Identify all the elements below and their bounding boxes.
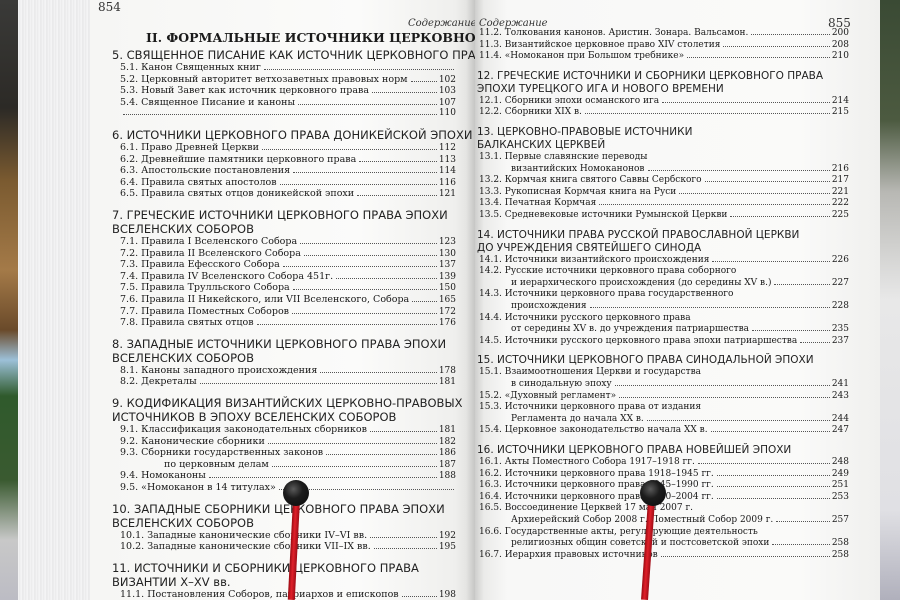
toc-entry[interactable]: 11.2. Толкования канонов. Аристин. Зонар… xyxy=(479,28,849,38)
toc-page-number: 258 xyxy=(832,550,849,560)
toc-entry-title: 6.2. Древнейшие памятники церковного пра… xyxy=(120,154,356,165)
toc-entry[interactable]: 10.1. Западные канонические сборники IV–… xyxy=(120,530,456,541)
toc-entry[interactable]: от середины XV в. до учреждения патриарш… xyxy=(511,324,849,334)
toc-entry-title: 10.2. Западные канонические сборники VII… xyxy=(120,541,371,552)
toc-entry[interactable]: 11.3. Византийское церковное право XIV с… xyxy=(479,40,849,50)
toc-entry[interactable]: 7.6. Правила II Никейского, или VII Всел… xyxy=(120,294,456,305)
toc-page-number: 221 xyxy=(832,187,849,197)
toc-page-number: 112 xyxy=(439,143,456,153)
dot-leader xyxy=(320,372,436,373)
toc-page-number: 247 xyxy=(832,425,849,435)
dot-leader xyxy=(257,324,437,325)
dot-leader xyxy=(268,443,437,444)
toc-page-number: 113 xyxy=(439,155,456,165)
toc-entry[interactable]: 13.2. Кормчая книга святого Саввы Сербск… xyxy=(479,175,849,185)
toc-entry-title: 14.4. Источники русского церковного прав… xyxy=(479,313,691,323)
toc-page-number: 217 xyxy=(832,175,849,185)
toc-entry-title: от середины XV в. до учреждения патриарш… xyxy=(511,324,749,334)
dot-leader xyxy=(370,431,437,432)
dot-leader xyxy=(359,161,437,162)
dot-leader xyxy=(200,383,437,384)
toc-entry-title: 16.1. Акты Поместного Собора 1917–1918 г… xyxy=(479,457,695,467)
toc-page-number: 123 xyxy=(439,237,456,247)
toc-entry-title: 7.6. Правила II Никейского, или VII Всел… xyxy=(120,294,409,305)
toc-entry-title: 9.4. Номоканоны xyxy=(120,470,206,481)
toc-entry-title: и иерархического происхождения (до серед… xyxy=(511,278,771,288)
toc-entry-title: 8.2. Декреталы xyxy=(120,376,197,387)
toc-page-number: 244 xyxy=(832,414,849,424)
right-page: Содержание 855 11.2. Толкования канонов.… xyxy=(475,0,880,600)
toc-entry[interactable]: 15.4. Церковное законодательство начала … xyxy=(479,425,849,435)
toc-entry[interactable]: 7.8. Правила святых отцов176 xyxy=(120,317,456,328)
toc-page-number: 228 xyxy=(832,301,849,311)
toc-entry[interactable]: 10.2. Западные канонические сборники VII… xyxy=(120,541,456,552)
toc-page-number: 214 xyxy=(832,96,849,106)
dot-leader xyxy=(751,34,829,35)
dot-leader xyxy=(772,544,829,545)
toc-entry-title: 14.5. Источники русского церковного прав… xyxy=(479,336,797,346)
toc-entry[interactable]: 13.5. Средневековые источники Румынской … xyxy=(479,210,849,220)
toc-entry-title: 6.4. Правила святых апостолов xyxy=(120,177,277,188)
dot-leader xyxy=(648,170,830,171)
dot-leader xyxy=(292,313,437,314)
toc-entry-title: 9.2. Канонические сборники xyxy=(120,436,265,447)
toc-page-number: 237 xyxy=(832,336,849,346)
toc-page-number: 107 xyxy=(439,98,456,108)
toc-entry-title: 6.1. Право Древней Церкви xyxy=(120,142,259,153)
toc-entry-title: 12.1. Сборники эпохи османского ига xyxy=(479,96,659,106)
dot-leader xyxy=(357,195,437,196)
toc-page-number: 208 xyxy=(832,40,849,50)
toc-page-number: 243 xyxy=(832,391,849,401)
section-heading: 13. ЦЕРКОВНО-ПРАВОВЫЕ ИСТОЧНИКИ xyxy=(477,126,692,138)
dot-leader xyxy=(698,463,830,464)
toc-page-number: 182 xyxy=(439,437,456,447)
toc-entry-title: в синодальную эпоху xyxy=(511,379,612,389)
toc-page-number: 195 xyxy=(439,542,456,552)
toc-entry[interactable]: 9.1. Классификация законодательных сборн… xyxy=(120,424,456,435)
section-heading: ВИЗАНТИИ X–XV вв. xyxy=(112,575,231,589)
dot-leader xyxy=(711,431,830,432)
toc-entry[interactable]: 6.2. Древнейшие памятники церковного пра… xyxy=(120,154,456,165)
toc-entry[interactable]: 14.3. Источники церковного права государ… xyxy=(479,289,849,299)
toc-page-number: 192 xyxy=(439,531,456,541)
toc-entry[interactable]: 16.5. Воссоединение Церквей 17 мая 2007 … xyxy=(479,503,849,513)
toc-entry[interactable]: 16.2. Источники церковного права 1918–19… xyxy=(479,469,849,479)
dot-leader xyxy=(209,477,437,478)
toc-entry[interactable]: 9.4. Номоканоны188 xyxy=(120,470,456,481)
toc-page-number: 257 xyxy=(832,515,849,525)
toc-page-number: 181 xyxy=(439,425,456,435)
dot-leader xyxy=(776,521,830,522)
toc-entry-title: 7.4. Правила IV Вселенского Собора 451г. xyxy=(120,271,333,282)
toc-entry-title: 16.3. Источники церковного права 1945–19… xyxy=(479,480,714,490)
toc-entry[interactable]: 12.2. Сборники XIX в.215 xyxy=(479,107,849,117)
dot-leader xyxy=(705,181,830,182)
page-number: 854 xyxy=(98,0,121,14)
toc-page-number: 139 xyxy=(439,272,456,282)
toc-entry[interactable]: 13.1. Первые славянские переводы xyxy=(479,152,849,162)
left-page: 854 Содержание II. ФОРМАЛЬНЫЕ ИСТОЧНИКИ … xyxy=(90,0,475,600)
toc-entry[interactable]: 7.3. Правила Ефесского Собора137 xyxy=(120,259,456,270)
toc-entry-title: 14.2. Русские источники церковного права… xyxy=(479,266,736,276)
toc-entry[interactable]: 7.4. Правила IV Вселенского Собора 451г.… xyxy=(120,271,456,282)
toc-page-number: 130 xyxy=(439,249,456,259)
toc-entry-title: 16.7. Иерархия правовых источников xyxy=(479,550,658,560)
dot-leader xyxy=(662,102,830,103)
toc-entry[interactable]: по церковным делам187 xyxy=(164,459,456,470)
toc-entry-title: 8.1. Каноны западного происхождения xyxy=(120,365,317,376)
toc-entry[interactable]: и иерархического происхождения (до серед… xyxy=(511,278,849,288)
toc-entry-title: 9.1. Классификация законодательных сборн… xyxy=(120,424,367,435)
dot-leader xyxy=(717,486,830,487)
background-photo-right xyxy=(880,0,900,600)
toc-entry-title: 6.5. Правила святых отцов доникейской эп… xyxy=(120,188,354,199)
toc-page-number: 248 xyxy=(832,457,849,467)
section-heading: ИСТОЧНИКОВ В ЭПОХУ ВСЕЛЕНСКИХ СОБОРОВ xyxy=(112,410,396,424)
toc-page-number: 172 xyxy=(439,307,456,317)
toc-entry[interactable]: 6.4. Правила святых апостолов116 xyxy=(120,177,456,188)
toc-page-number: 165 xyxy=(439,295,456,305)
dot-leader xyxy=(304,255,437,256)
toc-page-number: 200 xyxy=(832,28,849,38)
section-heading: 15. ИСТОЧНИКИ ЦЕРКОВНОГО ПРАВА СИНОДАЛЬН… xyxy=(477,354,814,366)
toc-entry-title: 7.1. Правила I Вселенского Собора xyxy=(120,236,297,247)
toc-entry-title: 5.3. Новый Завет как источник церковного… xyxy=(120,85,369,96)
section-heading: ВСЕЛЕНСКИХ СОБОРОВ xyxy=(112,222,254,236)
toc-page-number: 225 xyxy=(832,210,849,220)
toc-entry-title: 6.3. Апостольские постановления xyxy=(120,165,290,176)
dot-leader xyxy=(412,301,437,302)
toc-entry-title: 12.2. Сборники XIX в. xyxy=(479,107,582,117)
toc-entry-title: 9.3. Сборники государственных законов xyxy=(120,447,323,458)
toc-page-number: 226 xyxy=(832,255,849,265)
toc-entry[interactable]: 110 xyxy=(120,108,456,118)
toc-entry[interactable]: 5.4. Священное Писание и каноны107 xyxy=(120,97,456,108)
toc-entry-title: 7.2. Правила II Вселенского Собора xyxy=(120,248,301,259)
toc-entry-title: 13.3. Рукописная Кормчая книга на Руси xyxy=(479,187,676,197)
toc-page-number: 253 xyxy=(832,492,849,502)
dot-leader xyxy=(717,475,830,476)
toc-entry[interactable]: 5.3. Новый Завет как источник церковного… xyxy=(120,85,456,96)
toc-page-number: 258 xyxy=(832,538,849,548)
section-heading: 12. ГРЕЧЕСКИЕ ИСТОЧНИКИ И СБОРНИКИ ЦЕРКО… xyxy=(477,70,823,82)
dot-leader xyxy=(619,397,830,398)
dot-leader xyxy=(661,556,830,557)
toc-entry-title: 7.7. Правила Поместных Соборов xyxy=(120,306,289,317)
book-page-edges xyxy=(18,0,90,600)
toc-entry-title: Архиерейский Собор 2008 г. Поместный Соб… xyxy=(511,515,773,525)
toc-page-number: 241 xyxy=(832,379,849,389)
dot-leader xyxy=(300,243,437,244)
toc-page-number: 178 xyxy=(439,366,456,376)
toc-entry-title: 5.1. Канон Священных книг xyxy=(120,62,261,73)
toc-page-number: 251 xyxy=(832,480,849,490)
toc-entry[interactable]: 9.3. Сборники государственных законов186 xyxy=(120,447,456,458)
toc-entry-title: 10.1. Западные канонические сборники IV–… xyxy=(120,530,367,541)
dot-leader xyxy=(679,193,830,194)
section-heading: 8. ЗАПАДНЫЕ ИСТОЧНИКИ ЦЕРКОВНОГО ПРАВА Э… xyxy=(112,337,446,351)
section-heading: ВСЕЛЕНСКИХ СОБОРОВ xyxy=(112,516,254,530)
pointer-knob-right xyxy=(640,480,666,506)
toc-entry[interactable]: 9.2. Канонические сборники182 xyxy=(120,436,456,447)
toc-entry-title: 11.4. «Номоканон при Большом требнике» xyxy=(479,51,684,61)
dot-leader xyxy=(615,385,830,386)
dot-leader xyxy=(590,307,830,308)
dot-leader xyxy=(326,454,437,455)
toc-page-number: 210 xyxy=(832,51,849,61)
dot-leader xyxy=(411,81,437,82)
toc-entry-title: 16.6. Государственные акты, регулирующие… xyxy=(479,527,758,537)
dot-leader xyxy=(293,172,437,173)
toc-entry[interactable]: 5.2. Церковный авторитет ветхозаветных п… xyxy=(120,74,456,85)
toc-entry[interactable]: 15.2. «Духовный регламент»243 xyxy=(479,391,849,401)
dot-leader xyxy=(717,498,830,499)
toc-entry[interactable]: 7.2. Правила II Вселенского Собора130 xyxy=(120,248,456,259)
toc-entry[interactable]: 14.1. Источники византийского происхожде… xyxy=(479,255,849,265)
toc-page-number: 114 xyxy=(439,166,456,176)
toc-entry-title: 7.5. Правила Трулльского Собора xyxy=(120,282,290,293)
toc-entry-title: по церковным делам xyxy=(164,459,269,470)
toc-page-number: 215 xyxy=(832,107,849,117)
toc-entry[interactable]: происхождения228 xyxy=(511,301,849,311)
toc-entry[interactable]: Архиерейский Собор 2008 г. Поместный Соб… xyxy=(511,515,849,525)
toc-entry-title: 13.1. Первые славянские переводы xyxy=(479,152,647,162)
toc-entry-title: 13.4. Печатная Кормчая xyxy=(479,198,596,208)
toc-entry-title: 14.3. Источники церковного права государ… xyxy=(479,289,733,299)
section-heading: ДО УЧРЕЖДЕНИЯ СВЯТЕЙШЕГО СИНОДА xyxy=(477,242,701,254)
toc-page-number: 110 xyxy=(439,108,456,118)
toc-page-number: 222 xyxy=(832,198,849,208)
dot-leader xyxy=(402,596,437,597)
toc-page-number: 227 xyxy=(832,278,849,288)
toc-entry-title: 7.8. Правила святых отцов xyxy=(120,317,254,328)
toc-entry-title: происхождения xyxy=(511,301,587,311)
dot-leader xyxy=(262,149,437,150)
dot-leader xyxy=(283,266,437,267)
pointer-knob-left xyxy=(283,480,309,506)
toc-page-number: 187 xyxy=(439,460,456,470)
toc-entry-title: 9.5. «Номоканон в 14 титулах» xyxy=(120,482,276,493)
toc-entry[interactable]: 12.1. Сборники эпохи османского ига214 xyxy=(479,96,849,106)
toc-entry-title: Регламента до начала XX в. xyxy=(511,414,644,424)
toc-entry[interactable]: 16.6. Государственные акты, регулирующие… xyxy=(479,527,849,537)
toc-page-number: 216 xyxy=(832,164,849,174)
dot-leader xyxy=(374,548,437,549)
dot-leader xyxy=(585,113,830,114)
toc-entry-title: 11.3. Византийское церковное право XIV с… xyxy=(479,40,720,50)
dot-leader xyxy=(599,204,830,205)
toc-entry[interactable]: 14.5. Источники русского церковного прав… xyxy=(479,336,849,346)
toc-entry[interactable]: 6.1. Право Древней Церкви112 xyxy=(120,142,456,153)
toc-entry-title: 16.4. Источники церковного права 1990–20… xyxy=(479,492,714,502)
section-heading: 9. КОДИФИКАЦИЯ ВИЗАНТИЙСКИХ ЦЕРКОВНО-ПРА… xyxy=(112,396,462,410)
toc-page-number: 181 xyxy=(439,377,456,387)
dot-leader xyxy=(800,342,830,343)
toc-entry[interactable]: византийских Номоканонов216 xyxy=(511,164,849,174)
toc-page-number: 102 xyxy=(439,75,456,85)
dot-leader xyxy=(712,261,829,262)
toc-entry[interactable]: 7.5. Правила Трулльского Собора150 xyxy=(120,282,456,293)
toc-entry[interactable]: Регламента до начала XX в.244 xyxy=(511,414,849,424)
dot-leader xyxy=(123,114,437,115)
toc-page-number: 116 xyxy=(439,178,456,188)
toc-page-number: 121 xyxy=(439,189,456,199)
toc-entry[interactable]: 16.7. Иерархия правовых источников258 xyxy=(479,550,849,560)
toc-page-number: 188 xyxy=(439,471,456,481)
toc-entry-title: 11.2. Толкования канонов. Аристин. Зонар… xyxy=(479,28,748,38)
toc-page-number: 176 xyxy=(439,318,456,328)
section-heading: 10. ЗАПАДНЫЕ СБОРНИКИ ЦЕРКОВНОГО ПРАВА Э… xyxy=(112,502,445,516)
dot-leader xyxy=(336,278,437,279)
toc-page-number: 137 xyxy=(439,260,456,270)
section-heading: БАЛКАНСКИХ ЦЕРКВЕЙ xyxy=(477,139,605,151)
dot-leader xyxy=(752,330,830,331)
toc-page-number: 103 xyxy=(439,86,456,96)
section-heading: ВСЕЛЕНСКИХ СОБОРОВ xyxy=(112,351,254,365)
section-heading: ЭПОХИ ТУРЕЦКОГО ИГА И НОВОГО ВРЕМЕНИ xyxy=(477,83,724,95)
toc-entry-title: 15.4. Церковное законодательство начала … xyxy=(479,425,708,435)
toc-entry[interactable]: 14.2. Русские источники церковного права… xyxy=(479,266,849,276)
toc-entry-title: 15.1. Взаимоотношения Церкви и государст… xyxy=(479,367,701,377)
toc-page-number: 150 xyxy=(439,283,456,293)
toc-entry[interactable]: 13.3. Рукописная Кормчая книга на Руси22… xyxy=(479,187,849,197)
toc-entry[interactable]: 6.5. Правила святых отцов доникейской эп… xyxy=(120,188,456,199)
toc-entry[interactable]: 13.4. Печатная Кормчая222 xyxy=(479,198,849,208)
book-gutter xyxy=(466,0,484,600)
toc-page-number: 198 xyxy=(439,590,456,600)
toc-entry[interactable]: 15.3. Источники церковного права от изда… xyxy=(479,402,849,412)
dot-leader xyxy=(774,284,829,285)
toc-entry[interactable]: 8.1. Каноны западного происхождения178 xyxy=(120,365,456,376)
dot-leader xyxy=(264,69,454,70)
toc-entry[interactable]: 14.4. Источники русского церковного прав… xyxy=(479,313,849,323)
toc-entry[interactable]: 7.1. Правила I Вселенского Собора123 xyxy=(120,236,456,247)
dot-leader xyxy=(687,57,830,58)
toc-entry-title: 13.5. Средневековые источники Румынской … xyxy=(479,210,727,220)
toc-entry-title: 16.2. Источники церковного права 1918–19… xyxy=(479,469,714,479)
toc-entry-title: 15.2. «Духовный регламент» xyxy=(479,391,616,401)
dot-leader xyxy=(730,216,829,217)
dot-leader xyxy=(272,466,437,467)
dot-leader xyxy=(372,92,437,93)
toc-entry[interactable]: 6.3. Апостольские постановления114 xyxy=(120,165,456,176)
toc-entry[interactable]: 15.1. Взаимоотношения Церкви и государст… xyxy=(479,367,849,377)
dot-leader xyxy=(370,537,437,538)
section-heading: 16. ИСТОЧНИКИ ЦЕРКОВНОГО ПРАВА НОВЕЙШЕЙ … xyxy=(477,444,791,456)
toc-entry-title: византийских Номоканонов xyxy=(511,164,645,174)
toc-entry-title: религиозных общин советской и постсоветс… xyxy=(511,538,769,548)
toc-entry[interactable]: 16.1. Акты Поместного Собора 1917–1918 г… xyxy=(479,457,849,467)
toc-page-number: 186 xyxy=(439,448,456,458)
dot-leader xyxy=(723,46,829,47)
toc-page-number: 249 xyxy=(832,469,849,479)
toc-entry-title: 16.5. Воссоединение Церквей 17 мая 2007 … xyxy=(479,503,693,513)
dot-leader xyxy=(298,104,437,105)
toc-entry-title: 7.3. Правила Ефесского Собора xyxy=(120,259,280,270)
toc-entry-title: 15.3. Источники церковного права от изда… xyxy=(479,402,701,412)
toc-entry-title: 11.1. Постановления Соборов, патриархов … xyxy=(120,589,399,600)
toc-entry[interactable]: в синодальную эпоху241 xyxy=(511,379,849,389)
section-heading: 11. ИСТОЧНИКИ И СБОРНИКИ ЦЕРКОВНОГО ПРАВ… xyxy=(112,561,419,575)
section-heading: 14. ИСТОЧНИКИ ПРАВА РУССКОЙ ПРАВОСЛАВНОЙ… xyxy=(477,229,799,241)
toc-page-number: 235 xyxy=(832,324,849,334)
toc-entry-title: 5.4. Священное Писание и каноны xyxy=(120,97,295,108)
toc-entry[interactable]: религиозных общин советской и постсоветс… xyxy=(511,538,849,548)
dot-leader xyxy=(280,184,437,185)
toc-entry-title: 13.2. Кормчая книга святого Саввы Сербск… xyxy=(479,175,702,185)
toc-entry[interactable]: 8.2. Декреталы181 xyxy=(120,376,456,387)
dot-leader xyxy=(647,420,830,421)
toc-entry[interactable]: 7.7. Правила Поместных Соборов172 xyxy=(120,306,456,317)
dot-leader xyxy=(293,289,437,290)
section-heading: 5. СВЯЩЕННОЕ ПИСАНИЕ КАК ИСТОЧНИК ЦЕРКОВ… xyxy=(112,48,491,62)
toc-entry-title: 14.1. Источники византийского происхожде… xyxy=(479,255,709,265)
section-heading: 6. ИСТОЧНИКИ ЦЕРКОВНОГО ПРАВА ДОНИКЕЙСКО… xyxy=(112,128,472,142)
toc-entry-title: 5.2. Церковный авторитет ветхозаветных п… xyxy=(120,74,408,85)
section-heading: 7. ГРЕЧЕСКИЕ ИСТОЧНИКИ ЦЕРКОВНОГО ПРАВА … xyxy=(112,208,448,222)
toc-entry[interactable]: 11.4. «Номоканон при Большом требнике»21… xyxy=(479,51,849,61)
toc-entry[interactable]: 5.1. Канон Священных книг xyxy=(120,62,456,73)
